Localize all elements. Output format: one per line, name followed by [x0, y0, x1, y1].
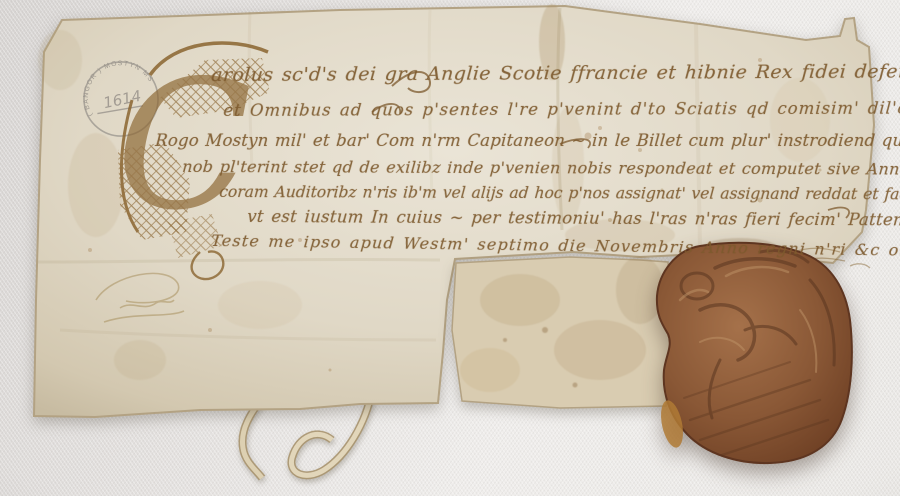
ink-line-6: vt est iustum In cuius ~ per testimoniu'…	[247, 207, 900, 230]
ink-line-1: arolus sc'd's dei gra Anglie Scotie ffra…	[211, 60, 900, 86]
parchment-tail-strip	[452, 256, 672, 408]
ink-line-3: Rogo Mostyn mil' et bar' Com n'rm Capita…	[155, 131, 900, 150]
charter-photograph: ( BANGOR ) MOSTYN MS 1614 C	[0, 0, 900, 496]
ink-line-4: nob pl'terint stet qd de exilibz inde p'…	[182, 157, 900, 179]
ink-line-5: coram Auditoribz n'ris ib'm vel alijs ad…	[219, 183, 900, 203]
ink-line-2: et Omnibus ad quos p'sentes l're p'venin…	[223, 99, 900, 120]
wax-seal	[657, 243, 852, 463]
